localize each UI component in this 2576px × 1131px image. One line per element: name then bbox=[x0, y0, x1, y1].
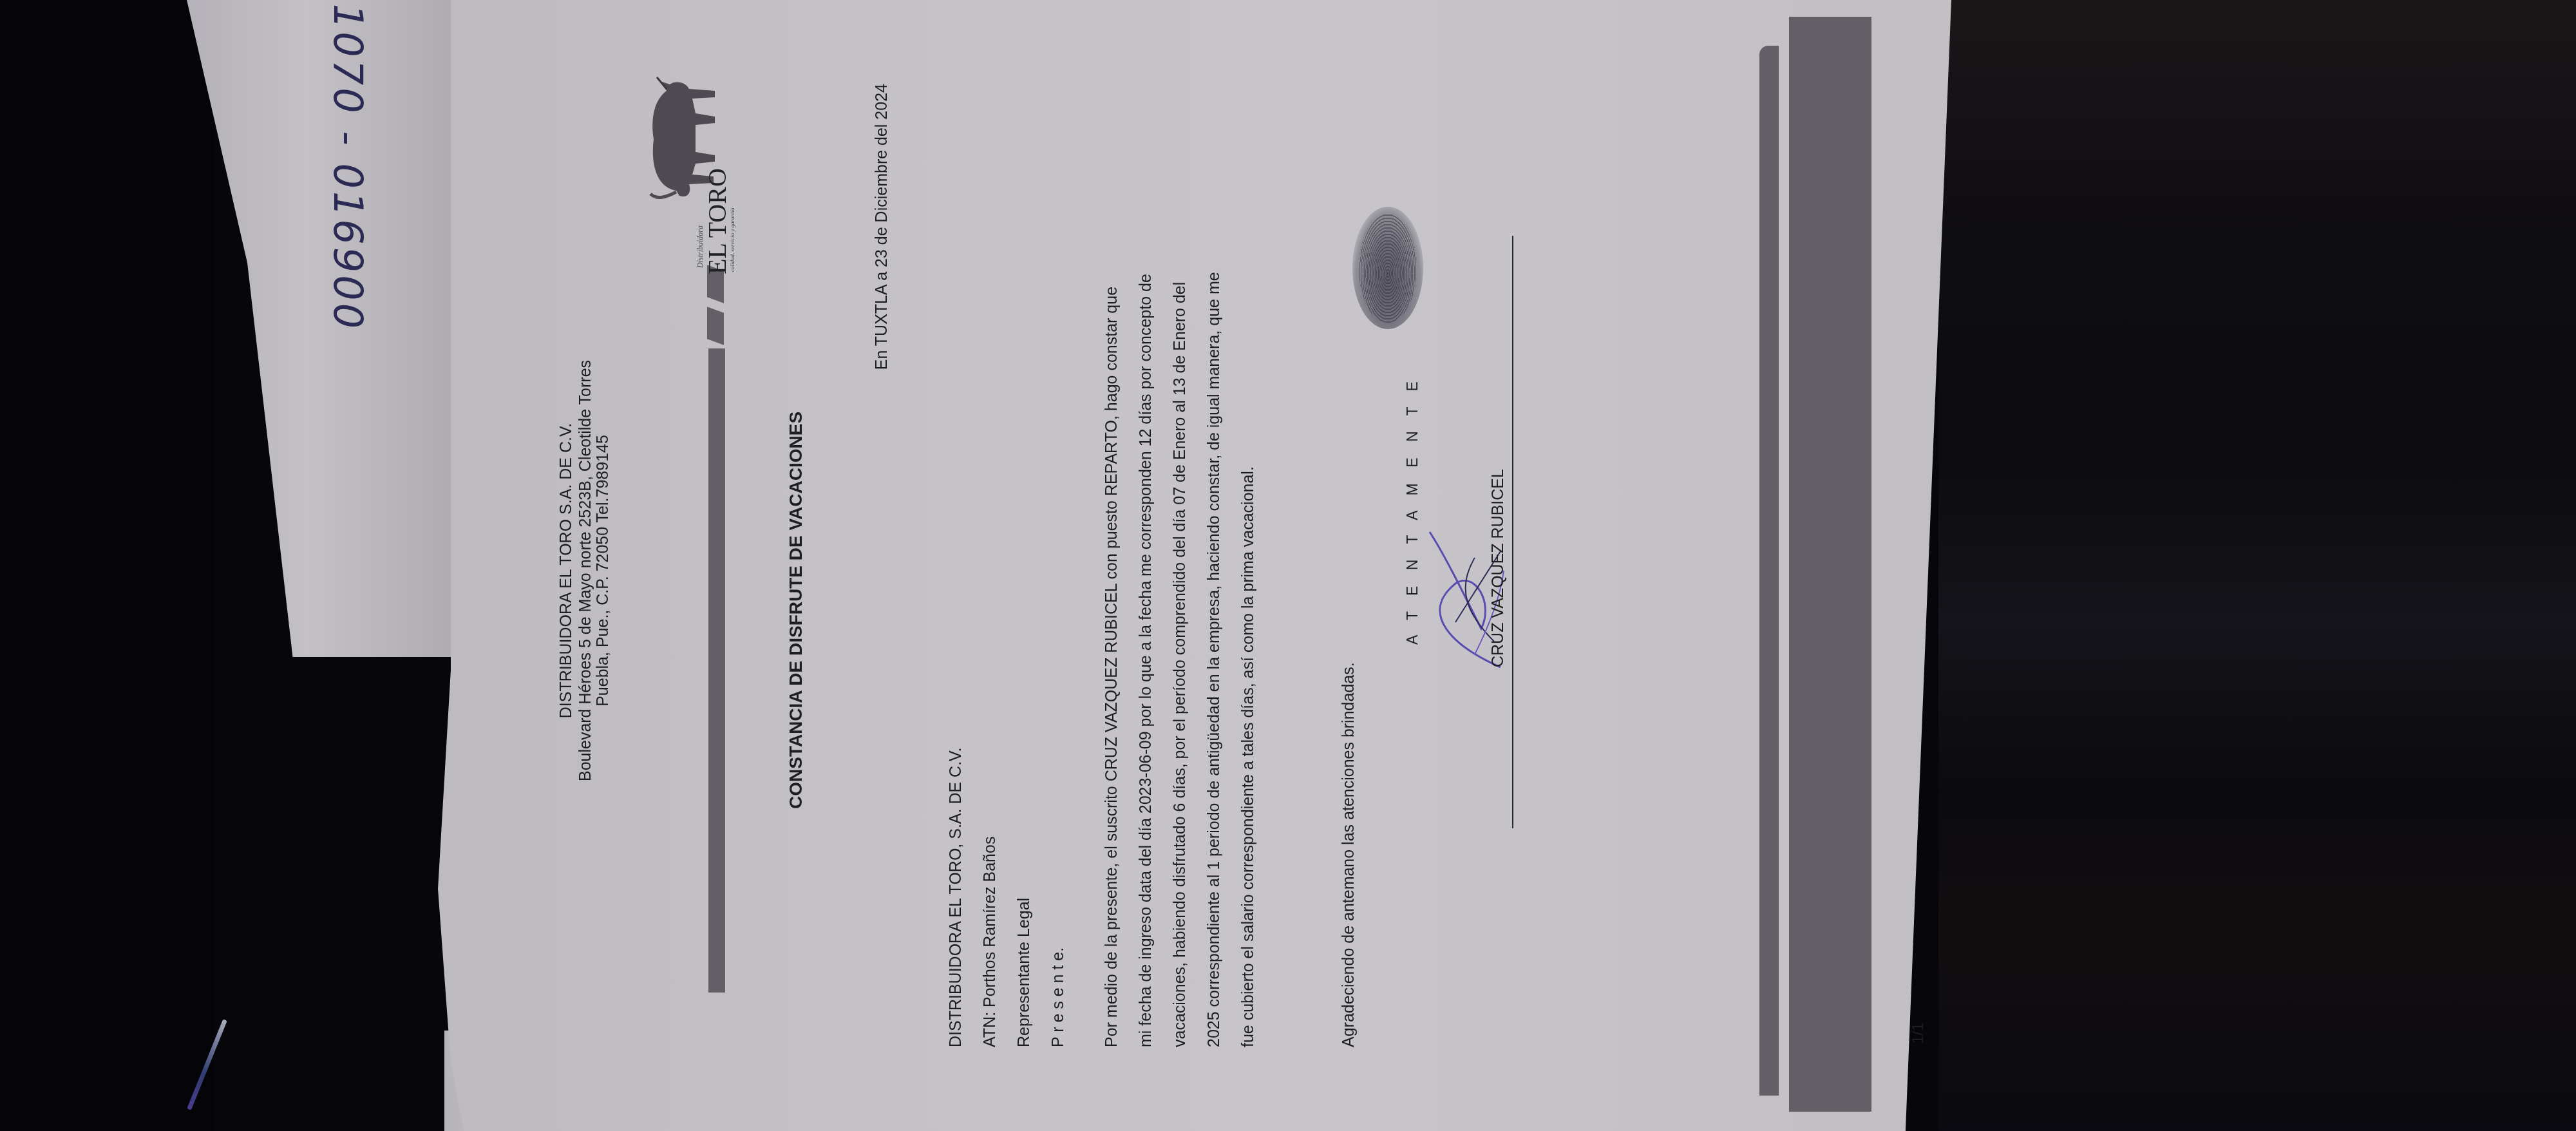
addressee-attn: ATN: Porthos Ramírez Baños bbox=[981, 837, 999, 1047]
footer-bar-wide bbox=[1789, 17, 1871, 1112]
body-line: mi fecha de ingreso data del día 2023-06… bbox=[1129, 0, 1163, 1047]
letterhead-company: DISTRIBUIDORA EL TORO S.A. DE C.V. bbox=[557, 281, 576, 860]
letterhead-bar-long bbox=[708, 348, 725, 993]
logo-tagline: calidad, servicio y garantía bbox=[729, 208, 735, 272]
el-toro-logo: Distribuidora EL TORO calidad, servicio … bbox=[631, 62, 747, 281]
table-surface bbox=[1938, 0, 2576, 1131]
letterhead-address-1: Boulevard Héroes 5 de Mayo norte 2523B, … bbox=[576, 281, 595, 860]
closing-line: Agradeciendo de antemano las atenciones … bbox=[1340, 662, 1358, 1047]
letterhead-address-2: Puebla, Pue., C.P. 72050 Tel.7989145 bbox=[594, 281, 612, 860]
body-line: fue cubierto el salario correspondiente … bbox=[1231, 0, 1265, 1047]
logo-brand: EL TORO bbox=[702, 168, 732, 274]
body-line: Por medio de la presente, el suscrito CR… bbox=[1095, 0, 1129, 1047]
page-number: 1/1 bbox=[1909, 1023, 1927, 1044]
letter-content: DISTRIBUIDORA EL TORO S.A. DE C.V. Boule… bbox=[451, 0, 1951, 1131]
footer-bar-thin bbox=[1759, 46, 1779, 1096]
handwritten-note: 1070 - 016900 bbox=[303, 26, 393, 309]
handwritten-note-text: 1070 - 016900 bbox=[325, 4, 372, 331]
letterhead-bar-segment-1 bbox=[707, 307, 724, 345]
body-line: 2025 correspondiente al 1 periodo de ant… bbox=[1197, 0, 1231, 1047]
signature-line bbox=[1512, 236, 1513, 828]
body-line: vacaciones, habiendo disfrutado 6 días, … bbox=[1163, 0, 1197, 1047]
fingerprint-ridges bbox=[1359, 213, 1417, 323]
signatory-name: CRUZ VAZQUEZ RUBICEL bbox=[1489, 469, 1508, 667]
body-paragraph: Por medio de la presente, el suscrito CR… bbox=[1095, 0, 1265, 1047]
dark-background-left bbox=[0, 0, 213, 1131]
addressee-role: Representante Legal bbox=[1015, 898, 1034, 1047]
document-title: CONSTANCIA DE DISFRUTE DE VACACIONES bbox=[786, 412, 806, 809]
addressee-greeting: P r e s e n t e. bbox=[1049, 947, 1068, 1047]
date-line: En TUXTLA a 23 de Diciembre del 2024 bbox=[873, 84, 891, 370]
addressee-company: DISTRIBUIDORA EL TORO, S.A. DE C.V. bbox=[947, 748, 965, 1047]
